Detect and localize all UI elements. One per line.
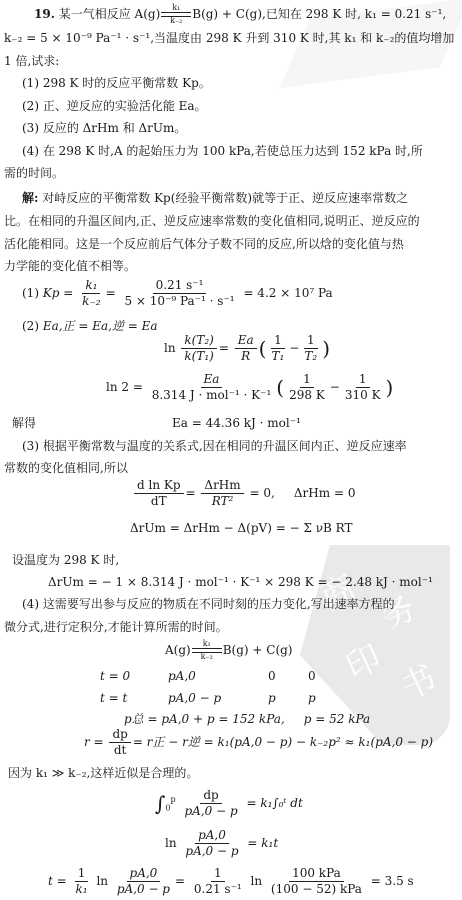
equilibrium-arrow: k₁k₋₂ (161, 4, 191, 25)
problem-line-3: 1 倍,试求: (4, 53, 59, 69)
solution-para-1: 解: 对峙反应的平衡常数 Kp(经验平衡常数)就等于正、逆反应速率常数之 (22, 190, 408, 206)
part4-rate-equation: r = dpdt= r正 − r逆 = k₁(pA,0 − p) − k₋₂p²… (84, 727, 433, 758)
part4-ln-result: ln pA,0pA,0 − p = k₁t (165, 828, 278, 859)
watermark-char: 印 (336, 630, 388, 689)
question-2: (2) 正、逆反应的实验活化能 Ea。 (22, 98, 207, 114)
part4-final-answer: t = 1k₁ ln pA,0pA,0 − p= 10.21 s⁻¹ ln 10… (48, 866, 414, 897)
part4-reaction: A(g)k₁k₋₂B(g) + C(g) (165, 640, 293, 661)
solution-para-4: 力学能的变化值不相等。 (4, 258, 136, 274)
question-3: (3) 反应的 ΔrHm 和 ΔrUm。 (22, 120, 186, 136)
table-row: t = 0pA,000 (100, 668, 316, 684)
question-4-cont: 需的时间。 (4, 165, 64, 181)
part2-result-label: 解得 (12, 415, 36, 431)
part3-du-relation: ΔrUm = ΔrHm − Δ(pV) = − Σ νB RT (130, 520, 353, 536)
part1-equation: (1) Kp = k₁k₋₂= 0.21 s⁻¹5 × 10⁻⁹ Pa⁻¹ · … (22, 278, 333, 309)
equilibrium-arrow: k₁k₋₂ (192, 640, 222, 661)
part3-text-1: (3) 根据平衡常数与温度的关系式,因在相同的升温区间内正、逆反应速率 (22, 438, 407, 454)
problem-header: 19. 某一气相反应 A(g)k₁k₋₂B(g) + C(g),已知在 298 … (34, 4, 446, 25)
part2-equation-1: (2) Ea,正 = Ea,逆 = Ea (22, 318, 158, 334)
part2-substitution: ln 2 = Ea8.314 J · mol⁻¹ · K⁻¹(1298 K−13… (106, 372, 393, 403)
question-4: (4) 在 298 K 时,A 的起始压力为 100 kPa,若使总压力达到 1… (22, 143, 423, 159)
question-1: (1) 298 K 时的反应平衡常数 Kp。 (22, 75, 211, 91)
part4-text-1: (4) 这需要写出参与反应的物质在不同时刻的压力变化,写出速率方程的 (22, 596, 395, 612)
part2-result: Ea = 44.36 kJ · mol⁻¹ (172, 415, 301, 431)
part3-du-value: ΔrUm = − 1 × 8.314 J · mol⁻¹ · K⁻¹ × 298… (48, 574, 433, 590)
problem-number: 19. (34, 7, 55, 21)
part2-arrhenius: ln k(T₂)k(T₁)= EaR(1T₁−1T₂) (164, 333, 330, 364)
solution-label: 解: (22, 191, 38, 205)
part3-text-2: 常数的变化值相同,所以 (4, 460, 128, 476)
part4-text-2: 微分式,进行定积分,才能计算所需的时间。 (4, 619, 228, 635)
part4-approximation-note: 因为 k₁ ≫ k₋₂,这样近似是合理的。 (8, 765, 198, 781)
part4-total-pressure: p总 = pA,0 + p = 152 kPa, p = 52 kPa (124, 711, 370, 727)
textbook-page: 商 务 印 书 19. 某一气相反应 A(g)k₁k₋₂B(g) + C(g),… (0, 0, 462, 900)
table-row: t = tpA,0 − ppp (100, 690, 316, 706)
part4-integral: ∫0p dppA,0 − p = k₁∫₀ᵗ dt (155, 788, 303, 819)
problem-line-2: k₋₂ = 5 × 10⁻⁹ Pa⁻¹ · s⁻¹,当温度由 298 K 升到 … (4, 30, 454, 46)
answer-value: = 3.5 s (371, 874, 414, 888)
part3-set-temperature: 设温度为 298 K 时, (12, 552, 119, 568)
watermark-char: 书 (391, 650, 443, 709)
part3-vant-hoff: d ln KpdT= ΔrHmRT² = 0, ΔrHm = 0 (132, 478, 355, 509)
solution-para-3: 活化能相同。这是一个反应前后气体分子数不同的反应,所以焓的变化值与热 (4, 236, 404, 252)
solution-para-2: 比。在相同的升温区间内,正、逆反应速率常数的变化值相同,说明正、逆反应的 (4, 213, 420, 229)
